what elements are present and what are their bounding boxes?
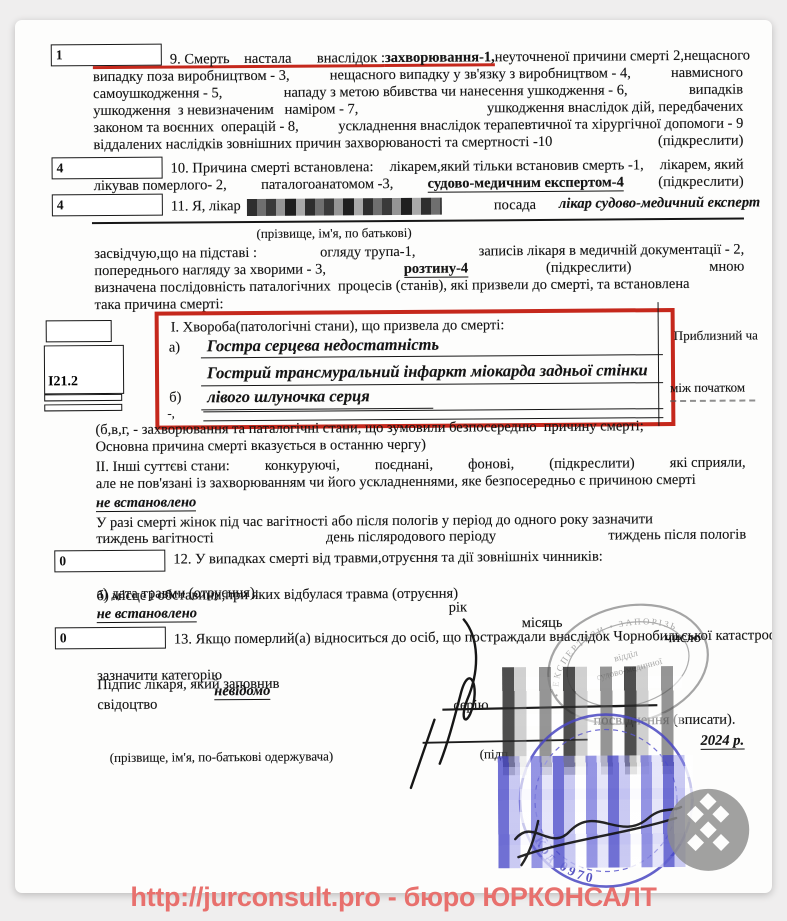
scan-content: 1 9. Смерть настала внаслідок :захворюва… [15, 20, 772, 893]
ink-top-layer [15, 20, 772, 893]
recipient-signature [515, 807, 681, 865]
jurconsult-footer-watermark: http://jurconsult.pro - бюро ЮРКОНСАЛТ [0, 882, 787, 913]
jurconsult-logo-watermark [667, 789, 750, 872]
scanned-death-certificate: { "colors": { "annotation_red": "#c5281c… [0, 0, 787, 921]
document-page: 1 9. Смерть настала внаслідок :захворюва… [15, 20, 772, 893]
